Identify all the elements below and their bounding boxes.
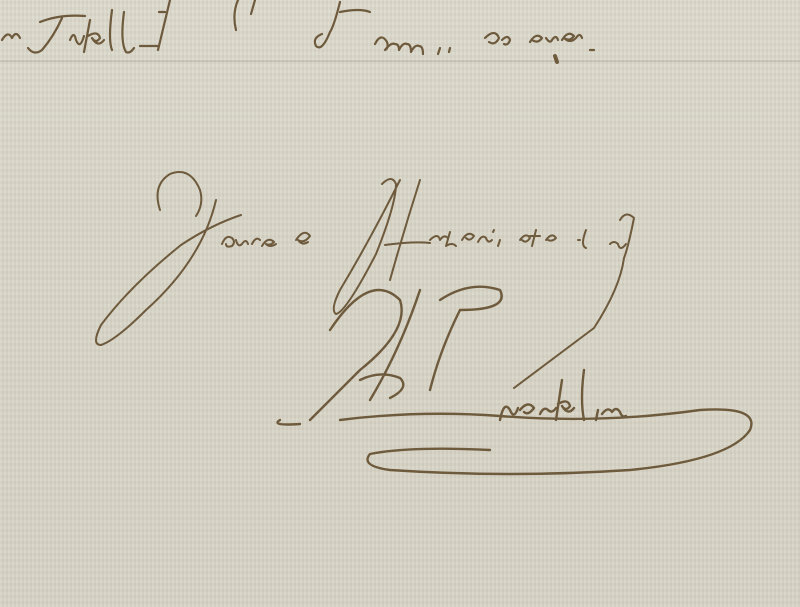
handwriting-closing (96, 172, 634, 388)
letter-paper: Mrs Tickell — I am, as ever Yours affect… (0, 0, 800, 607)
handwriting-signature (278, 287, 752, 474)
handwriting-ink (0, 0, 800, 607)
handwriting-line-1 (2, 0, 594, 62)
